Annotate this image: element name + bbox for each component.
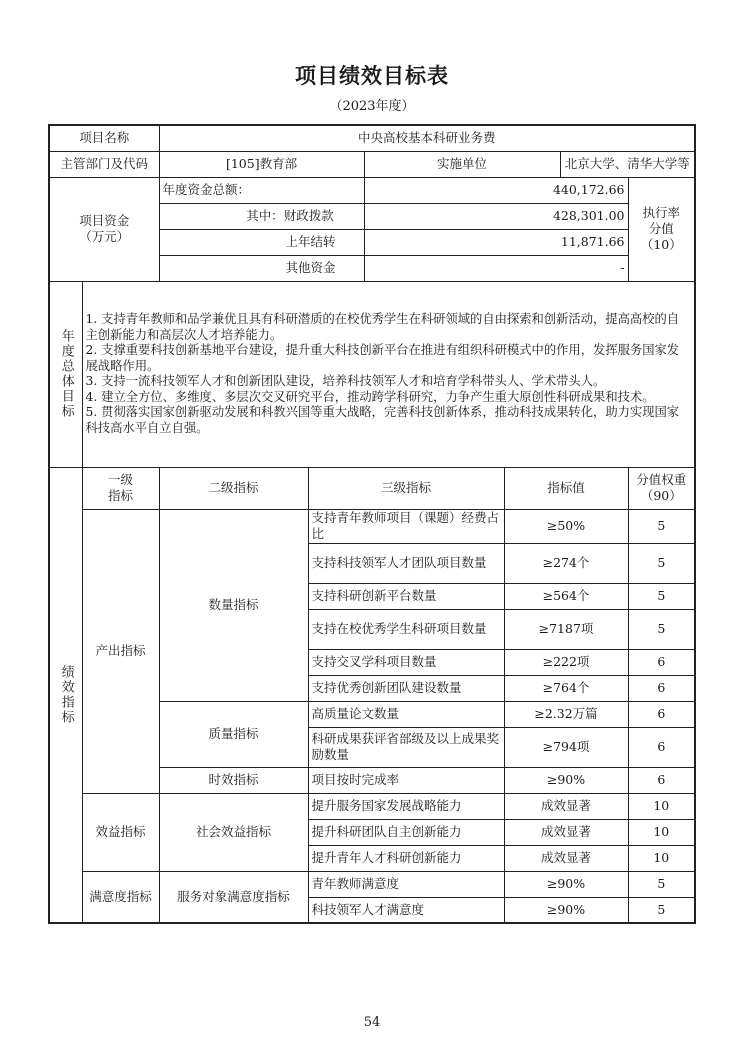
objectives-label: 年度总体目标: [49, 281, 82, 467]
exec-rate-line1: 执行率: [632, 205, 692, 221]
indicator-value: ≥50%: [504, 509, 628, 543]
indicator-value: ≥222项: [504, 649, 628, 675]
fund-carryover-label: 上年结转: [159, 229, 364, 255]
group-quality: 质量指标: [159, 701, 308, 767]
header-value: 指标值: [504, 467, 628, 509]
indicator-weight: 5: [628, 509, 695, 543]
fund-total-value: 440,172.66: [364, 177, 628, 203]
header-level2: 二级指标: [159, 467, 308, 509]
indicator-value: ≥274个: [504, 543, 628, 583]
indicator-weight: 5: [628, 897, 695, 923]
dept-label: 主管部门及代码: [49, 151, 159, 177]
indicator-weight: 6: [628, 701, 695, 727]
indicator-weight: 5: [628, 583, 695, 609]
header-level1: 一级 指标: [82, 467, 159, 509]
indicators-section-label: 绩效指标: [49, 467, 82, 923]
header-level1-line2: 指标: [86, 488, 156, 504]
indicator-weight: 10: [628, 819, 695, 845]
exec-rate-line2: 分值: [632, 221, 692, 237]
indicator-name: 青年教师满意度: [308, 871, 504, 897]
indicator-name: 提升青年人才科研创新能力: [308, 845, 504, 871]
fund-total-label: 年度资金总额：: [159, 177, 364, 203]
impl-unit-value: 北京大学、清华大学等: [560, 151, 695, 177]
indicator-value: 成效显著: [504, 845, 628, 871]
page-subtitle: （2023年度）: [0, 95, 744, 114]
header-weight-line2: （90）: [632, 488, 692, 504]
indicator-weight: 5: [628, 609, 695, 649]
objective-item: 3. 支持一流科技领军人才和创新团队建设，培养科技领军人才和培育学科带头人、学术…: [86, 374, 692, 390]
objective-item: 5. 贯彻落实国家创新驱动发展和科教兴国等重大战略，完善科技创新体系，推动科技成…: [86, 405, 692, 436]
indicator-value: ≥7187项: [504, 609, 628, 649]
fund-fiscal-value: 428,301.00: [364, 203, 628, 229]
indicator-name: 科研成果获评省部级及以上成果奖励数量: [308, 727, 504, 767]
table-row: 产出指标 数量指标 支持青年教师项目（课题）经费占比 ≥50% 5: [49, 509, 695, 543]
fund-carryover-value: 11,871.66: [364, 229, 628, 255]
group-service: 服务对象满意度指标: [159, 871, 308, 923]
objective-item: 1. 支持青年教师和品学兼优且具有科研潜质的在校优秀学生在科研领域的自由探索和创…: [86, 312, 692, 343]
indicator-name: 项目按时完成率: [308, 767, 504, 793]
funds-label-line2: （万元）: [53, 229, 156, 245]
dept-value: [105]教育部: [159, 151, 364, 177]
table-row: 满意度指标 服务对象满意度指标 青年教师满意度 ≥90% 5: [49, 871, 695, 897]
indicator-weight: 6: [628, 767, 695, 793]
indicator-weight: 6: [628, 675, 695, 701]
impl-unit-label: 实施单位: [364, 151, 560, 177]
objective-item: 4. 建立全方位、多维度、多层次交叉研究平台，推动跨学科研究，力争产生重大原创性…: [86, 390, 692, 406]
group-quantity: 数量指标: [159, 509, 308, 701]
indicator-value: ≥90%: [504, 871, 628, 897]
exec-rate-score: 执行率 分值 （10）: [628, 177, 695, 281]
group-benefit: 效益指标: [82, 793, 159, 871]
indicator-value: 成效显著: [504, 819, 628, 845]
indicator-weight: 10: [628, 845, 695, 871]
group-output: 产出指标: [82, 509, 159, 793]
indicator-name: 支持科技领军人才团队项目数量: [308, 543, 504, 583]
funds-label-line1: 项目资金: [53, 213, 156, 229]
indicator-weight: 6: [628, 727, 695, 767]
indicator-value: ≥564个: [504, 583, 628, 609]
indicator-name: 支持交叉学科项目数量: [308, 649, 504, 675]
group-timeliness: 时效指标: [159, 767, 308, 793]
indicator-name: 支持科研创新平台数量: [308, 583, 504, 609]
exec-rate-line3: （10）: [632, 237, 692, 253]
indicator-name: 支持青年教师项目（课题）经费占比: [308, 509, 504, 543]
indicator-weight: 10: [628, 793, 695, 819]
project-name-label: 项目名称: [49, 125, 159, 151]
project-name-value: 中央高校基本科研业务费: [159, 125, 695, 151]
fund-other-value: -: [364, 255, 628, 281]
group-social: 社会效益指标: [159, 793, 308, 871]
page-number: 54: [0, 1015, 744, 1030]
page-title: 项目绩效目标表: [0, 60, 744, 90]
indicator-value: ≥90%: [504, 767, 628, 793]
indicator-weight: 6: [628, 649, 695, 675]
header-weight-line1: 分值权重: [632, 472, 692, 488]
group-satisfaction: 满意度指标: [82, 871, 159, 923]
indicator-value: ≥764个: [504, 675, 628, 701]
header-level1-line1: 一级: [86, 472, 156, 488]
fund-other-label: 其他资金: [159, 255, 364, 281]
indicator-value: 成效显著: [504, 793, 628, 819]
funds-label: 项目资金 （万元）: [49, 177, 159, 281]
indicator-name: 提升服务国家发展战略能力: [308, 793, 504, 819]
fund-fiscal-label: 其中：财政拨款: [159, 203, 364, 229]
performance-target-table: 项目名称 中央高校基本科研业务费 主管部门及代码 [105]教育部 实施单位 北…: [48, 124, 696, 924]
objective-item: 2. 支撑重要科技创新基地平台建设，提升重大科技创新平台在推进有组织科研模式中的…: [86, 343, 692, 374]
header-weight: 分值权重 （90）: [628, 467, 695, 509]
indicator-weight: 5: [628, 543, 695, 583]
indicator-name: 提升科研团队自主创新能力: [308, 819, 504, 845]
indicator-weight: 5: [628, 871, 695, 897]
indicator-name: 高质量论文数量: [308, 701, 504, 727]
indicator-name: 支持优秀创新团队建设数量: [308, 675, 504, 701]
indicator-name: 支持在校优秀学生科研项目数量: [308, 609, 504, 649]
indicator-value: ≥90%: [504, 897, 628, 923]
indicator-name: 科技领军人才满意度: [308, 897, 504, 923]
objectives-text: 1. 支持青年教师和品学兼优且具有科研潜质的在校优秀学生在科研领域的自由探索和创…: [82, 281, 695, 467]
header-level3: 三级指标: [308, 467, 504, 509]
indicator-value: ≥2.32万篇: [504, 701, 628, 727]
table-row: 效益指标 社会效益指标 提升服务国家发展战略能力 成效显著 10: [49, 793, 695, 819]
indicator-value: ≥794项: [504, 727, 628, 767]
